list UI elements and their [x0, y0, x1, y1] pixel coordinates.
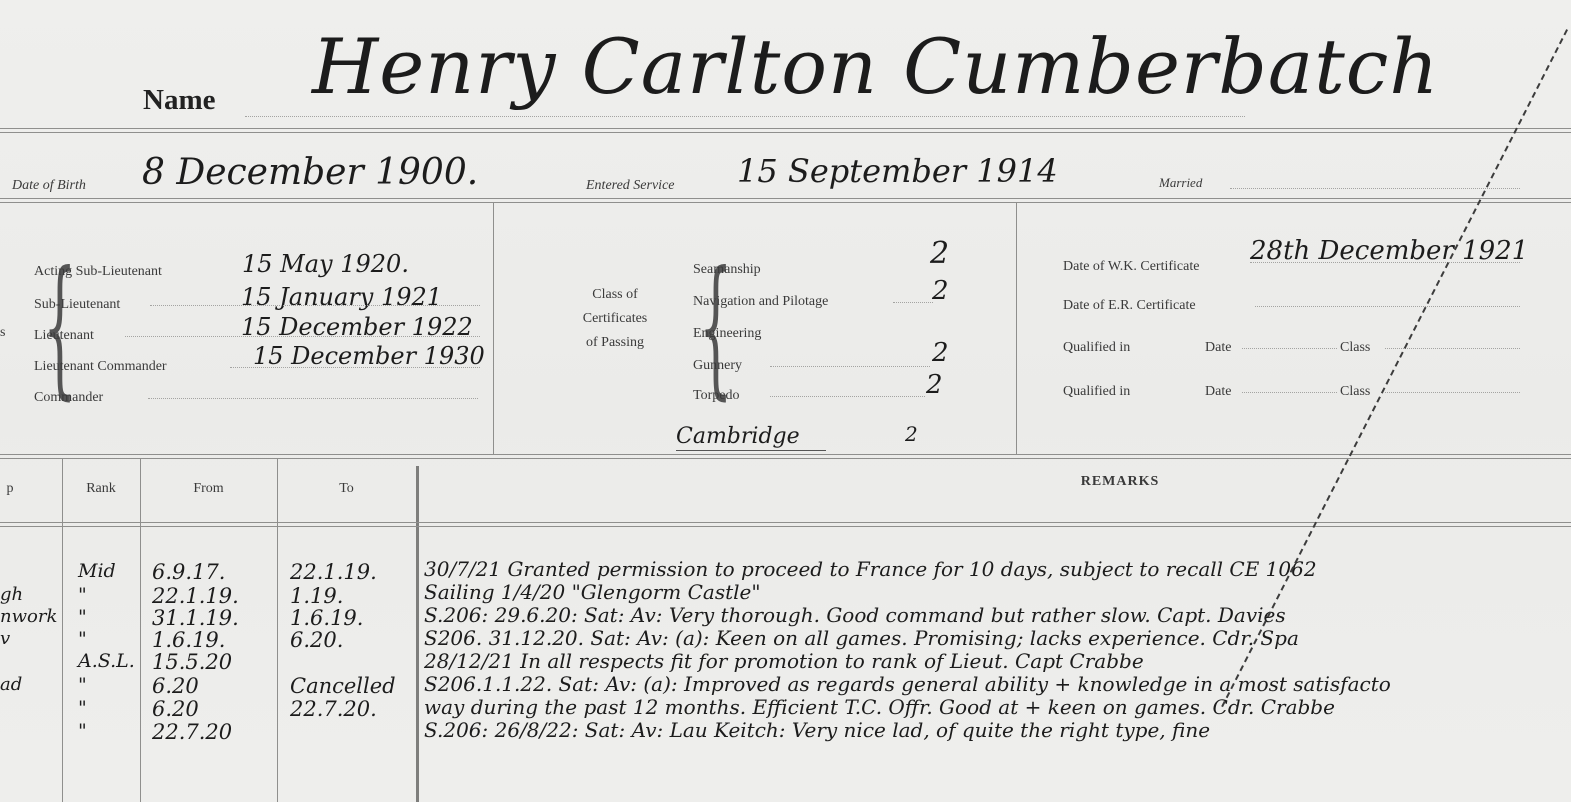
row-rank: A.S.L. [78, 650, 135, 672]
promo-rank-lieutenant: Lieutenant [34, 328, 94, 344]
row-to: 1.19. [290, 584, 343, 608]
cert-line [770, 396, 925, 397]
promo-rank-commander: Commander [34, 390, 103, 406]
remark-line: 28/12/21 In all respects fit for promoti… [424, 649, 1144, 673]
row-rank: " [78, 674, 87, 696]
header-ship: p [0, 481, 20, 497]
row-ship: gh [0, 584, 23, 605]
married-label: Married [1159, 175, 1202, 191]
cert-line [770, 366, 930, 367]
row-from: 6.9.17. [152, 560, 225, 584]
entered-service-label: Entered Service [586, 178, 675, 194]
row-to: 6.20. [290, 628, 343, 652]
header-rank: Rank [62, 481, 140, 497]
promo-rank-lieutenant-commander: Lieutenant Commander [34, 359, 167, 375]
col-divider-to [416, 466, 419, 802]
qualified-in-label-2: Qualified in [1063, 384, 1130, 400]
cert-extra-class: 2 [905, 422, 918, 446]
certificates-heading-line: Class of [560, 283, 670, 307]
divider-promotions [493, 202, 494, 454]
promo-line [230, 367, 480, 368]
remark-line: S.206: 26/8/22: Sat: Av: Lau Keitch: Ver… [424, 718, 1210, 742]
cert-class-torpedo: 2 [926, 370, 943, 400]
promo-line [150, 305, 480, 306]
qualified-class-label-2: Class [1340, 384, 1370, 400]
row-ship: nwork [0, 606, 57, 627]
divider-certificates [1016, 202, 1017, 454]
name-underline [245, 116, 1245, 117]
service-record-card: Name Henry Carlton Cumberbatch Date of B… [0, 0, 1571, 802]
wk-line [1250, 262, 1520, 263]
col-divider-rank [140, 458, 141, 802]
row-ship: v [0, 628, 10, 649]
cert-subject-seamanship: Seamanship [693, 262, 761, 278]
row-from: 15.5.20 [152, 650, 232, 674]
certificates-heading-line: Certificates [560, 307, 670, 331]
row-to: 1.6.19. [290, 606, 363, 630]
cert-extra-underline [676, 450, 826, 451]
entered-service-value: 15 September 1914 [737, 152, 1058, 190]
cert-subject-gunnery: Gunnery [693, 358, 742, 374]
remark-line: Sailing 1/4/20 "Glengorm Castle" [424, 580, 761, 604]
header-to: To [277, 481, 416, 497]
row-to: 22.1.19. [290, 560, 377, 584]
header-remarks: REMARKS [420, 474, 1571, 490]
remark-line: S206.1.1.22. Sat: Av: (a): Improved as r… [424, 672, 1391, 696]
married-underline [1230, 188, 1520, 189]
promo-line [125, 336, 480, 337]
promo-line [148, 398, 478, 399]
dob-rule [0, 198, 1571, 203]
section-rule [0, 454, 1571, 459]
cert-class-seamanship: 2 [930, 236, 949, 271]
remark-line: way during the past 12 months. Efficient… [424, 695, 1335, 719]
cert-extra-subject: Cambridge [676, 424, 800, 449]
qualified-line [1242, 348, 1337, 349]
row-from: 6.20 [152, 674, 199, 698]
cert-class-navigation: 2 [932, 276, 949, 306]
row-from: 1.6.19. [152, 628, 225, 652]
er-line [1255, 306, 1520, 307]
promotions-edge-label: s [0, 325, 5, 341]
qualified-in-label-1: Qualified in [1063, 340, 1130, 356]
cert-subject-torpedo: Torpedo [693, 388, 739, 404]
row-rank: " [78, 606, 87, 628]
name-label: Name [143, 84, 215, 117]
col-divider-ship [62, 458, 63, 802]
er-certificate-label: Date of E.R. Certificate [1063, 298, 1196, 314]
name-value: Henry Carlton Cumberbatch [312, 22, 1439, 111]
qualified-date-label-2: Date [1205, 384, 1231, 400]
row-from: 31.1.19. [152, 606, 239, 630]
row-from: 22.1.19. [152, 584, 239, 608]
row-to: Cancelled [290, 674, 396, 698]
qualified-date-label-1: Date [1205, 340, 1231, 356]
row-rank: " [78, 628, 87, 650]
qualified-class-label-1: Class [1340, 340, 1370, 356]
header-from: From [140, 481, 277, 497]
promo-rank-acting-sub-lieutenant: Acting Sub-Lieutenant [34, 264, 162, 280]
col-divider-from [277, 458, 278, 802]
promo-date-sub-lieutenant: 15 January 1921 [241, 283, 442, 311]
row-from: 22.7.20 [152, 720, 232, 744]
table-header-rule [0, 522, 1571, 527]
certificates-heading: Class of Certificates of Passing [560, 283, 670, 355]
qualified-line [1385, 392, 1520, 393]
cert-subject-navigation: Navigation and Pilotage [693, 294, 828, 310]
promo-date-lieutenant-commander: 15 December 1930 [253, 342, 485, 370]
row-ship: ad [0, 674, 22, 695]
remark-line: 30/7/21 Granted permission to proceed to… [424, 557, 1317, 581]
row-rank: " [78, 584, 87, 606]
row-rank: " [78, 720, 87, 742]
dob-value: 8 December 1900. [142, 152, 478, 193]
row-rank: Mid [78, 560, 116, 582]
row-to: 22.7.20. [290, 697, 377, 721]
qualified-line [1242, 392, 1337, 393]
remark-line: S206. 31.12.20. Sat: Av: (a): Keen on al… [424, 626, 1299, 650]
remark-line: S.206: 29.6.20: Sat: Av: Very thorough. … [424, 603, 1286, 627]
name-rule [0, 128, 1571, 133]
row-from: 6.20 [152, 697, 199, 721]
wk-certificate-label: Date of W.K. Certificate [1063, 259, 1199, 275]
cert-subject-engineering: Engineering [693, 326, 761, 342]
cert-line [893, 302, 933, 303]
promo-date-acting-sub-lieutenant: 15 May 1920. [242, 250, 409, 278]
row-rank: " [78, 697, 87, 719]
certificates-heading-line: of Passing [560, 331, 670, 355]
dob-label: Date of Birth [12, 178, 86, 194]
cert-class-gunnery: 2 [932, 338, 949, 368]
promo-rank-sub-lieutenant: Sub-Lieutenant [34, 297, 120, 313]
